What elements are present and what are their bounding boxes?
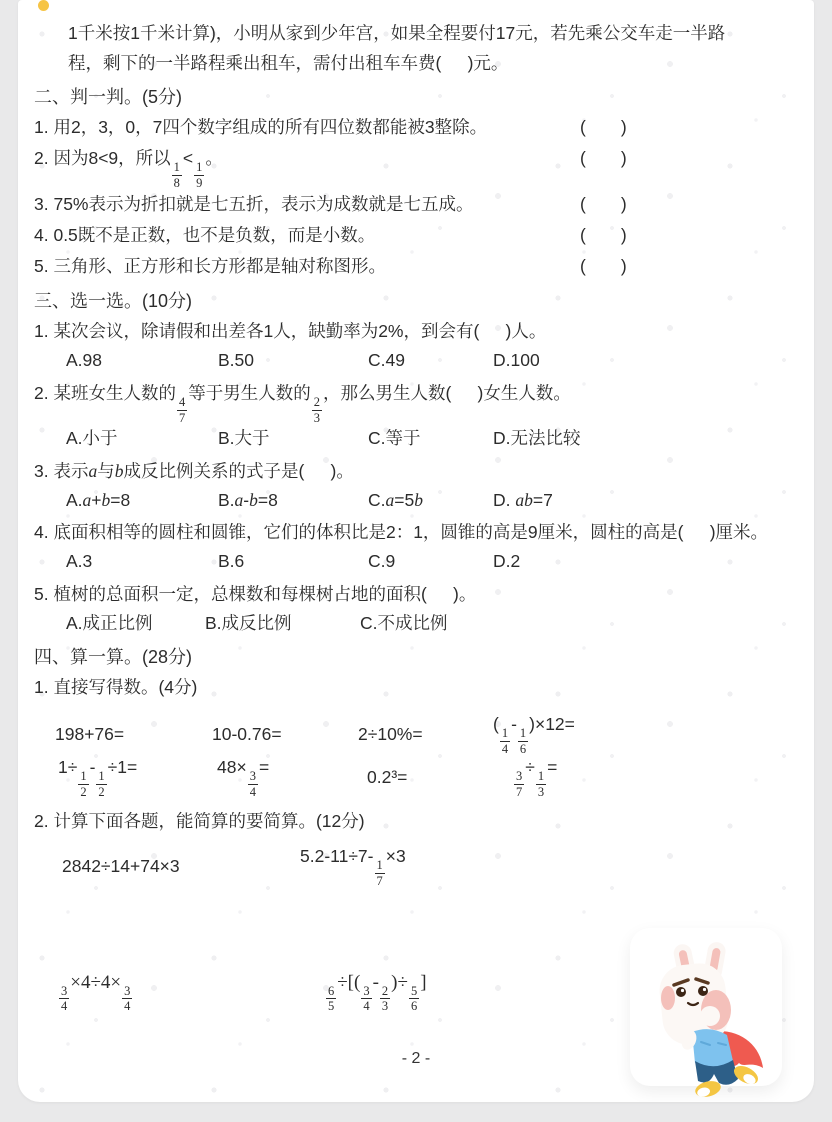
- question-text: 5. 三角形、正方形和长方形都是轴对称图形。: [34, 256, 386, 276]
- option-b: B.a-b=8: [218, 486, 368, 515]
- judge-question-2: 2. 因为8<9，所以18<19。 ( ): [18, 143, 814, 189]
- option-b: B.大于: [218, 424, 368, 453]
- math-expression: 0.2³=: [367, 767, 513, 788]
- choice-options-2: A.小于 B.大于 C.等于 D.无法比较: [18, 424, 814, 453]
- option-a: A.小于: [66, 424, 218, 453]
- answer-blank: ( ): [580, 251, 627, 282]
- option-a: A.98: [66, 346, 218, 375]
- calc-simplify-row-1: 2842÷14+74×3 5.2-11÷7-17×3: [18, 846, 814, 887]
- question-text: 2. 因为8<9，所以18<19。: [34, 148, 223, 168]
- option-d: D. ab=7: [493, 486, 814, 515]
- math-expression: 2÷10%=: [358, 724, 493, 745]
- fraction: 13: [536, 770, 546, 798]
- math-expression: 2842÷14+74×3: [62, 856, 300, 877]
- fraction: 34: [59, 985, 69, 1013]
- math-expression: 5.2-11÷7-17×3: [300, 846, 814, 887]
- question-continuation-line2: 程，剩下的一半路程乘出租车，需付出租车车费( )元。: [18, 48, 814, 78]
- choice-options-4: A.3 B.6 C.9 D.2: [18, 547, 814, 576]
- question-continuation-line1: 1千米按1千米计算)，小明从家到少年宫，如果全程要付17元，若先乘公交车走一半路: [18, 18, 814, 48]
- math-expression: 198+76=: [55, 724, 212, 745]
- fraction: 47: [177, 396, 187, 424]
- choice-question-1: 1. 某次会议，除请假和出差各1人，缺勤率为2%，到会有( )人。: [18, 316, 814, 346]
- section-calc-title: 四、算一算。(28分): [18, 642, 814, 672]
- math-expression: (14-16)×12=: [493, 714, 814, 755]
- math-expression: 48×34=: [217, 757, 367, 798]
- math-expression: 10-0.76=: [212, 724, 358, 745]
- question-text: 3. 75%表示为折扣就是七五折，表示为成数就是七五成。: [34, 194, 473, 214]
- option-d: D.2: [493, 547, 814, 576]
- fraction: 19: [194, 161, 204, 189]
- question-text: 1. 用2，3，0，7四个数字组成的所有四位数都能被3整除。: [34, 117, 487, 137]
- rabbit-mascot: [648, 942, 780, 1098]
- choice-question-3: 3. 表示a与b成反比例关系的式子是( )。: [18, 456, 814, 486]
- math-expression: 34×4÷4×34: [58, 972, 325, 1013]
- fraction: 12: [96, 770, 106, 798]
- math-expression: 1÷12-12÷1=: [58, 757, 217, 798]
- fraction: 16: [518, 727, 528, 755]
- judge-question-4: 4. 0.5既不是正数，也不是负数，而是小数。 ( ): [18, 220, 814, 251]
- section-choose-title: 三、选一选。(10分): [18, 286, 814, 316]
- calc-direct-row-1: 198+76= 10-0.76= 2÷10%= (14-16)×12=: [18, 714, 814, 755]
- option-a: A.成正比例: [66, 609, 205, 638]
- answer-blank: ( ): [580, 143, 627, 174]
- fraction: 65: [326, 985, 336, 1013]
- judge-question-3: 3. 75%表示为折扣就是七五折，表示为成数就是七五成。 ( ): [18, 189, 814, 220]
- decoration-dot: [38, 0, 49, 11]
- choice-options-1: A.98 B.50 C.49 D.100: [18, 346, 814, 375]
- section-judge-title: 二、判一判。(5分): [18, 82, 814, 112]
- fraction: 12: [78, 770, 88, 798]
- fraction: 17: [375, 859, 385, 887]
- choice-options-3: A.a+b=8 B.a-b=8 C.a=5b D. ab=7: [18, 486, 814, 515]
- exam-page: 1千米按1千米计算)，小明从家到少年宫，如果全程要付17元，若先乘公交车走一半路…: [18, 0, 814, 1102]
- option-b: B.成反比例: [205, 609, 360, 638]
- option-d: D.100: [493, 346, 814, 375]
- option-a: A.a+b=8: [66, 486, 218, 515]
- option-a: A.3: [66, 547, 218, 576]
- choice-question-5: 5. 植树的总面积一定，总棵数和每棵树占地的面积( )。: [18, 579, 814, 609]
- option-c: C.9: [368, 547, 493, 576]
- calc-direct-label: 1. 直接写得数。(4分): [18, 672, 814, 702]
- answer-blank: ( ): [580, 112, 627, 143]
- calc-simplify-label: 2. 计算下面各题，能简算的要简算。(12分): [18, 806, 814, 836]
- question-text: 4. 0.5既不是正数，也不是负数，而是小数。: [34, 225, 375, 245]
- exam-content: 1千米按1千米计算)，小明从家到少年宫，如果全程要付17元，若先乘公交车走一半路…: [18, 0, 814, 1013]
- choice-question-4: 4. 底面积相等的圆柱和圆锥，它们的体积比是2：1，圆锥的高是9厘米，圆柱的高是…: [18, 518, 814, 547]
- fraction: 23: [380, 985, 390, 1013]
- math-expression: 37÷13=: [513, 757, 814, 798]
- fraction: 23: [312, 396, 322, 424]
- choice-question-2: 2. 某班女生人数的47等于男生人数的23，那么男生人数( )女生人数。: [18, 378, 814, 424]
- calc-direct-row-2: 1÷12-12÷1= 48×34= 0.2³= 37÷13=: [18, 757, 814, 798]
- judge-question-5: 5. 三角形、正方形和长方形都是轴对称图形。 ( ): [18, 251, 814, 282]
- answer-blank: ( ): [580, 220, 627, 251]
- option-d: D.无法比较: [493, 424, 814, 453]
- fraction: 34: [122, 985, 132, 1013]
- option-c: C.49: [368, 346, 493, 375]
- fraction: 34: [248, 770, 258, 798]
- choice-options-5: A.成正比例 B.成反比例 C.不成比例: [18, 609, 814, 638]
- option-b: B.6: [218, 547, 368, 576]
- fraction: 18: [172, 161, 182, 189]
- answer-blank: ( ): [580, 189, 627, 220]
- option-c: C.不成比例: [360, 609, 814, 638]
- fraction: 34: [361, 985, 371, 1013]
- option-b: B.50: [218, 346, 368, 375]
- option-c: C.a=5b: [368, 486, 493, 515]
- judge-question-1: 1. 用2，3，0，7四个数字组成的所有四位数都能被3整除。 ( ): [18, 112, 814, 143]
- fraction: 37: [514, 770, 524, 798]
- fraction: 56: [409, 985, 419, 1013]
- fraction: 14: [500, 727, 510, 755]
- option-c: C.等于: [368, 424, 493, 453]
